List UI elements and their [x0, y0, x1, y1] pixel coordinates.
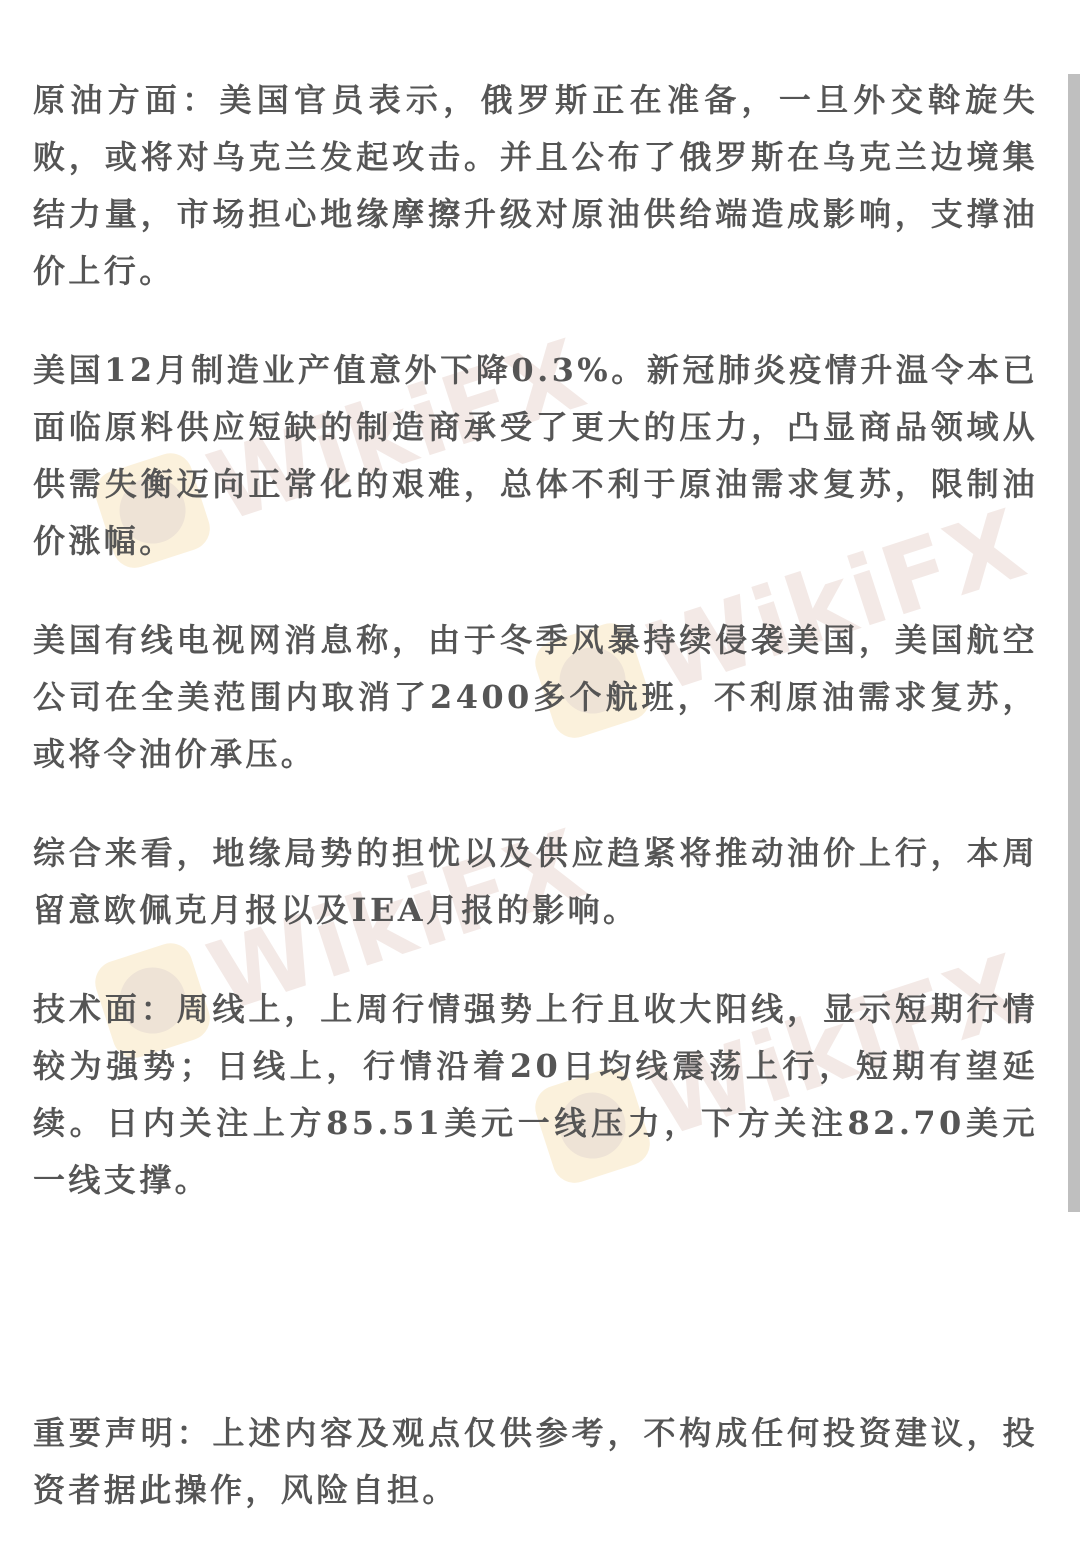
- disclaimer-text: 重要声明：上述内容及观点仅供参考，不构成任何投资建议，投资者据此操作，风险自担。: [33, 1405, 1038, 1519]
- article-body: 原油方面：美国官员表示，俄罗斯正在准备，一旦外交斡旋失败，或将对乌克兰发起攻击。…: [33, 72, 1038, 1209]
- paragraph-summary: 综合来看，地缘局势的担忧以及供应趋紧将推动油价上行，本周留意欧佩克月报以及IEA…: [33, 825, 1038, 939]
- scrollbar[interactable]: [1068, 74, 1080, 1212]
- paragraph-manufacturing: 美国12月制造业产值意外下降0.3%。新冠肺炎疫情升温令本已面临原料供应短缺的制…: [33, 342, 1038, 570]
- paragraph-technical: 技术面：周线上，上周行情强势上行且收大阳线，显示短期行情较为强势；日线上，行情沿…: [33, 981, 1038, 1209]
- paragraph-crude-oil: 原油方面：美国官员表示，俄罗斯正在准备，一旦外交斡旋失败，或将对乌克兰发起攻击。…: [33, 72, 1038, 300]
- paragraph-flights: 美国有线电视网消息称，由于冬季风暴持续侵袭美国，美国航空公司在全美范围内取消了2…: [33, 612, 1038, 783]
- disclaimer-section: 重要声明：上述内容及观点仅供参考，不构成任何投资建议，投资者据此操作，风险自担。: [33, 1405, 1038, 1519]
